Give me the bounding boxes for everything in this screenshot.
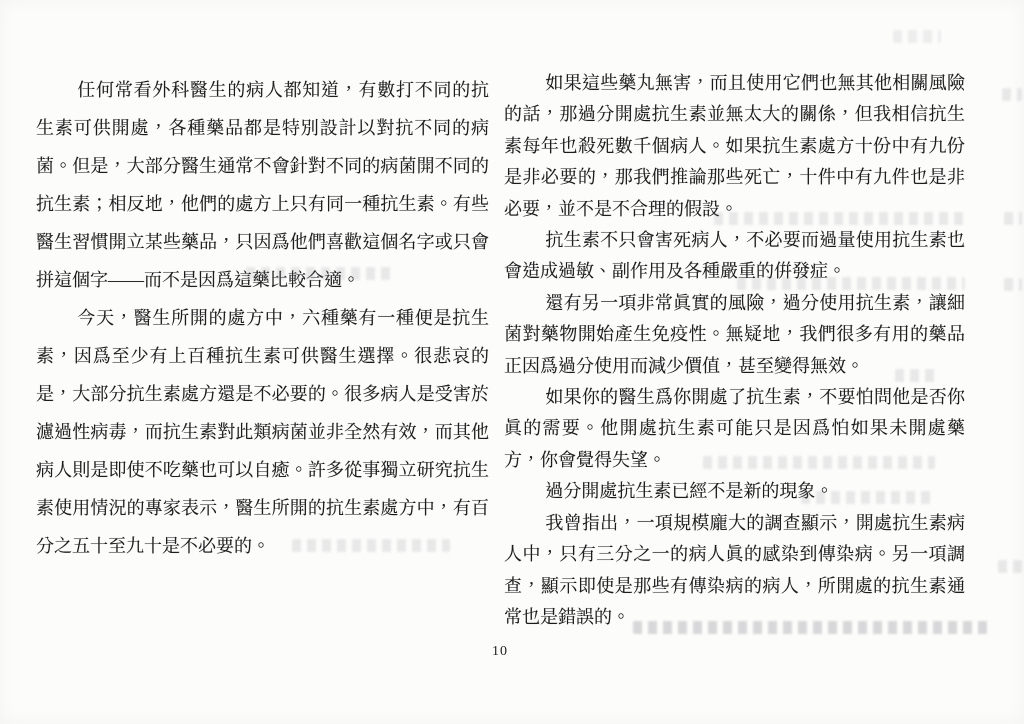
right-text-column: 如果這些藥丸無害，而且使用它們也無其他相關風險的話，那過分開處抗生素並無太大的關… <box>504 68 965 633</box>
bleed-through-artifact <box>714 212 964 225</box>
bleed-through-artifact <box>292 539 450 552</box>
bleed-through-artifact <box>998 560 1022 573</box>
bleed-through-artifact <box>633 621 991 634</box>
bleed-through-artifact <box>246 267 396 280</box>
bleed-through-artifact <box>895 369 937 382</box>
paragraph: 今天，醫生所開的處方中，六種藥有一種便是抗生素，因爲至少有上百種抗生素可供醫生選… <box>36 299 489 565</box>
paragraph: 如果這些藥丸無害，而且使用它們也無其他相關風險的話，那過分開處抗生素並無太大的關… <box>504 68 965 225</box>
bleed-through-artifact <box>1002 88 1022 101</box>
bleed-through-artifact <box>703 456 935 469</box>
left-text-column: 任何常看外科醫生的病人都知道，有數打不同的抗生素可供開處，各種藥品都是特別設計以… <box>36 71 489 565</box>
bleed-through-artifact <box>893 30 941 43</box>
paragraph: 還有另一項非常眞實的風險，過分使用抗生素，讓細菌對藥物開始產生免疫性。無疑地，我… <box>504 288 965 382</box>
bleed-through-artifact <box>801 491 934 504</box>
page-number: 10 <box>492 644 508 660</box>
scanned-book-page: 任何常看外科醫生的病人都知道，有數打不同的抗生素可供開處，各種藥品都是特別設計以… <box>0 0 1024 724</box>
bleed-through-artifact <box>737 277 965 290</box>
paragraph: 任何常看外科醫生的病人都知道，有數打不同的抗生素可供開處，各種藥品都是特別設計以… <box>36 71 489 299</box>
bleed-through-artifact <box>1004 278 1022 291</box>
paragraph: 我曾指出，一項規模龐大的調查顯示，開處抗生素病人中，只有三分之一的病人眞的感染到… <box>504 508 965 634</box>
bleed-through-artifact <box>1004 212 1022 225</box>
